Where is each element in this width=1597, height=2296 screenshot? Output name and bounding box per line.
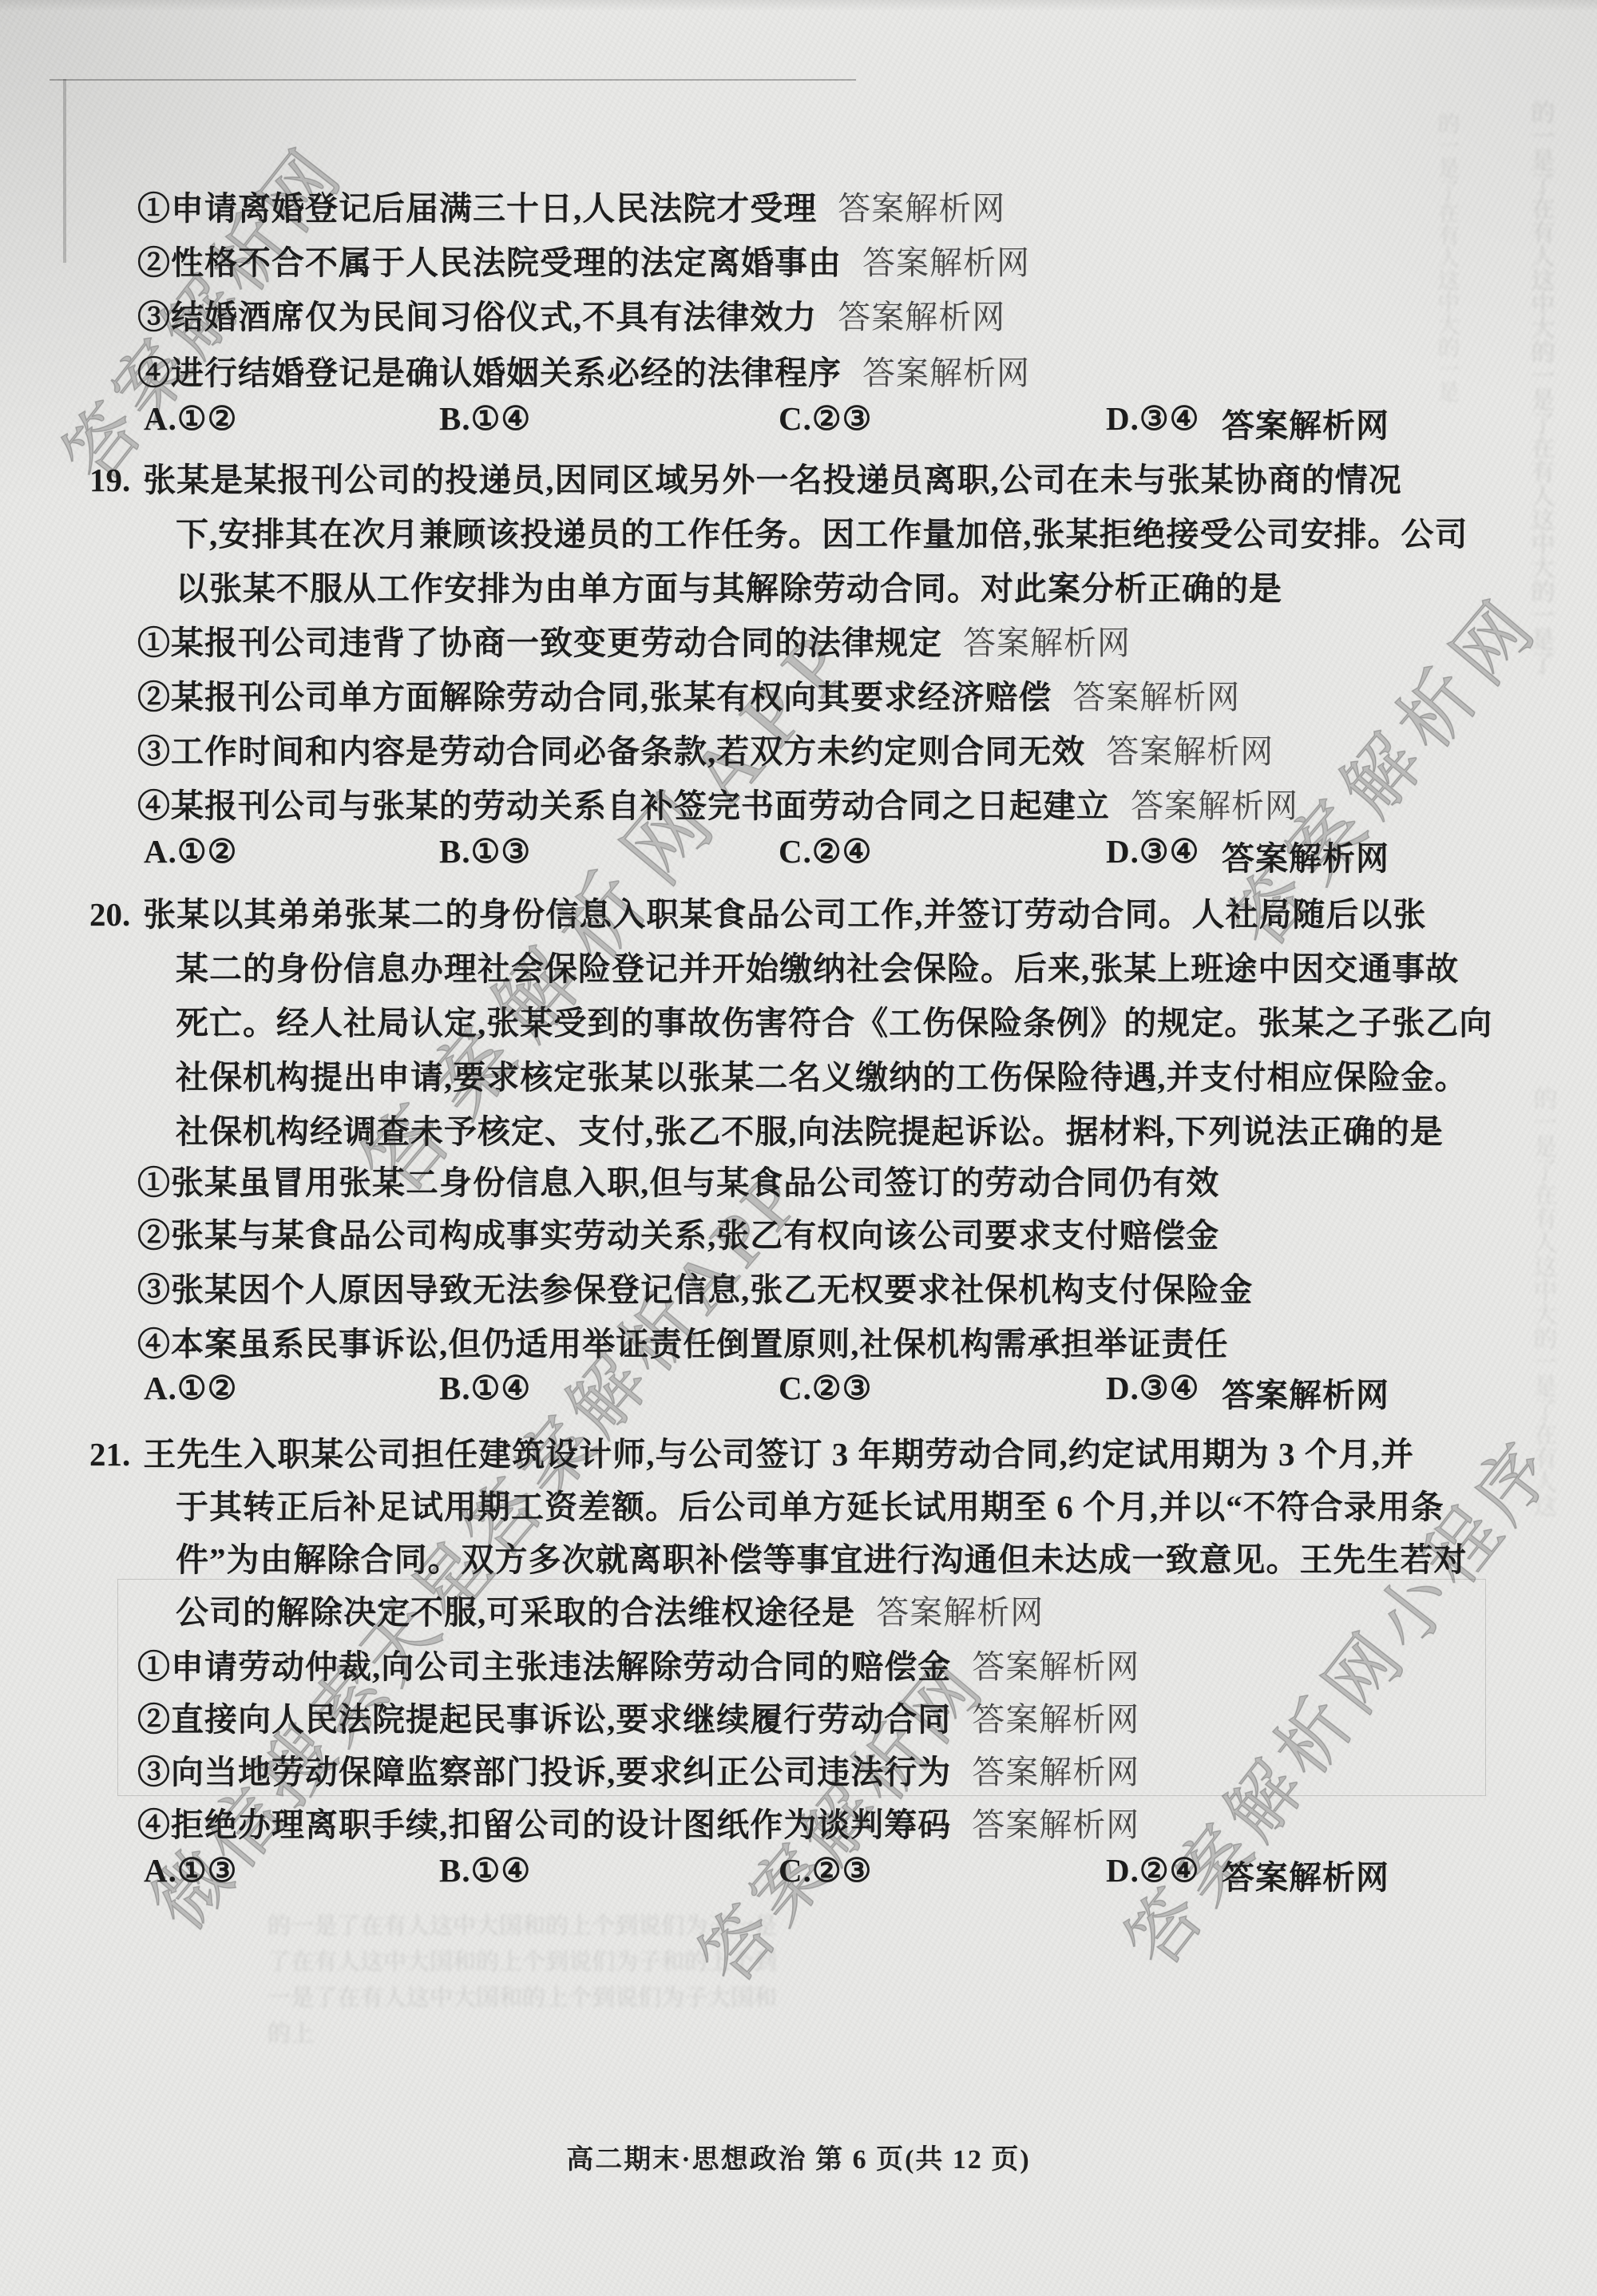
- q21-stem-line-1: 21.王先生入职某公司担任建筑设计师,与公司签订 3 年期劳动合同,约定试用期为…: [89, 1428, 1414, 1475]
- q21-option-1: ①申请劳动仲裁,向公司主张违法解除劳动合同的赔偿金答案解析网: [137, 1640, 1139, 1687]
- stem-text: 张某是某报刊公司的投递员,因同区域另外一名投递员离职,公司在未与张某协商的情况: [143, 462, 1402, 498]
- q21-stem-line-3: 件”为由解除合同。双方多次就离职补偿等事宜进行沟通但未达成一致意见。王先生若对: [176, 1533, 1468, 1580]
- question-number: 21.: [89, 1436, 130, 1473]
- answer-choice-a: A.①③: [144, 1851, 237, 1890]
- answer-choice-c: C.②③: [779, 1851, 872, 1890]
- answer-choice-d: D.②④: [1106, 1851, 1199, 1890]
- q21-option-4: ④拒绝办理离职手续,扣留公司的设计图纸作为谈判筹码答案解析网: [137, 1798, 1139, 1846]
- answer-choice-c: C.②④: [779, 832, 872, 870]
- option-text: ④进行结婚登记是确认婚姻关系必经的法律程序: [137, 355, 842, 391]
- answer-site-suffix: 答案解析网: [963, 625, 1131, 661]
- q20-stem-line-3: 死亡。经人社局认定,张某受到的事故伤害符合《工伤保险条例》的规定。张某之子张乙向: [176, 997, 1492, 1044]
- option-text: ③结婚酒席仅为民间习俗仪式,不具有法律效力: [137, 299, 817, 335]
- q21-stem-line-4: 公司的解除决定不服,可采取的合法维权途径是答案解析网: [176, 1586, 1044, 1633]
- q20-option-3: ③张某因个人原因导致无法参保登记信息,张乙无权要求社保机构支付保险金: [137, 1263, 1253, 1311]
- answer-site-suffix: 答案解析网: [862, 244, 1030, 281]
- question-number: 19.: [89, 462, 130, 498]
- q18-answer-row: A.①② B.①④ C.②③ D.③④ 答案解析网: [144, 399, 1597, 447]
- answer-site-suffix: 答案解析网: [876, 1594, 1044, 1631]
- q20-option-1: ①张某虽冒用张某二身份信息入职,但与某食品公司签订的劳动合同仍有效: [137, 1156, 1219, 1204]
- option-text: ①某报刊公司违背了协商一致变更劳动合同的法律规定: [137, 625, 942, 661]
- option-text: ①申请离婚登记后届满三十日,人民法院才受理: [137, 190, 817, 227]
- answer-site-suffix: 答案解析网: [972, 1701, 1139, 1738]
- answer-site-suffix: 答案解析网: [1072, 679, 1240, 716]
- q20-option-2: ②张某与某食品公司构成事实劳动关系,张乙有权向该公司要求支付赔偿金: [137, 1209, 1219, 1256]
- stem-text: 公司的解除决定不服,可采取的合法维权途径是: [176, 1594, 855, 1631]
- q19-option-3: ③工作时间和内容是劳动合同必备条款,若双方未约定则合同无效答案解析网: [137, 725, 1274, 772]
- answer-choice-d: D.③④: [1106, 1369, 1199, 1407]
- answer-site-suffix: 答案解析网: [1106, 733, 1274, 770]
- answer-site-suffix: 答案解析网: [972, 1806, 1139, 1843]
- answer-site-suffix: 答案解析网: [838, 299, 1005, 335]
- answer-choice-b: B.①④: [439, 1851, 531, 1890]
- answer-choice-d: D.③④: [1106, 832, 1199, 870]
- option-text: ④拒绝办理离职手续,扣留公司的设计图纸作为谈判筹码: [137, 1806, 951, 1843]
- answer-choice-c: C.②③: [779, 399, 872, 438]
- q19-answer-row: A.①② B.①③ C.②④ D.③④ 答案解析网: [144, 832, 1597, 880]
- q20-answer-row: A.①② B.①④ C.②③ D.③④ 答案解析网: [144, 1369, 1597, 1417]
- answer-site-suffix: 答案解析网: [1222, 399, 1389, 446]
- answer-site-suffix: 答案解析网: [862, 355, 1030, 391]
- q18-option-2: ②性格不合不属于人民法院受理的法定离婚事由答案解析网: [137, 236, 1030, 284]
- question-number: 20.: [89, 896, 130, 933]
- q21-stem-line-2: 于其转正后补足试用期工资差额。后公司单方延长试用期至 6 个月,并以“不符合录用…: [176, 1481, 1444, 1528]
- q21-answer-row: A.①③ B.①④ C.②③ D.②④ 答案解析网: [144, 1851, 1597, 1899]
- q20-stem-line-1: 20.张某以其弟弟张某二的身份信息入职某食品公司工作,并签订劳动合同。人社局随后…: [89, 888, 1427, 935]
- q18-option-3: ③结婚酒席仅为民间习俗仪式,不具有法律效力答案解析网: [137, 291, 1005, 338]
- answer-choice-d: D.③④: [1106, 399, 1199, 438]
- q20-option-4: ④本案虽系民事诉讼,但仍适用举证责任倒置原则,社保机构需承担举证责任: [137, 1318, 1229, 1365]
- answer-choice-a: A.①②: [144, 1369, 237, 1407]
- q21-option-2: ②直接向人民法院提起民事诉讼,要求继续履行劳动合同答案解析网: [137, 1693, 1139, 1740]
- option-text: ①申请劳动仲裁,向公司主张违法解除劳动合同的赔偿金: [137, 1648, 951, 1685]
- answer-choice-b: B.①③: [439, 832, 531, 870]
- answer-choice-b: B.①④: [439, 399, 531, 438]
- bleed-through-text: 的一是了在有人这中大的一是了在有人这: [1524, 1086, 1561, 1789]
- q19-option-4: ④某报刊公司与张某的劳动关系自补签完书面劳动合同之日起建立答案解析网: [137, 779, 1298, 827]
- q19-option-1: ①某报刊公司违背了协商一致变更劳动合同的法律规定答案解析网: [137, 617, 1131, 664]
- option-text: ②直接向人民法院提起民事诉讼,要求继续履行劳动合同: [137, 1701, 951, 1738]
- q21-option-3: ③向当地劳动保障监察部门投诉,要求纠正公司违法行为答案解析网: [137, 1746, 1139, 1793]
- answer-choice-b: B.①④: [439, 1369, 531, 1407]
- option-text: ②某报刊公司单方面解除劳动合同,张某有权向其要求经济赔偿: [137, 679, 1052, 716]
- option-text: ④某报刊公司与张某的劳动关系自补签完书面劳动合同之日起建立: [137, 787, 1110, 824]
- answer-site-suffix: 答案解析网: [838, 190, 1005, 227]
- q19-stem-line-2: 下,安排其在次月兼顾该投递员的工作任务。因工作量加倍,张某拒绝接受公司安排。公司: [176, 508, 1468, 555]
- option-text: ③向当地劳动保障监察部门投诉,要求纠正公司违法行为: [137, 1754, 951, 1790]
- q19-option-2: ②某报刊公司单方面解除劳动合同,张某有权向其要求经济赔偿答案解析网: [137, 671, 1240, 718]
- q18-option-4: ④进行结婚登记是确认婚姻关系必经的法律程序答案解析网: [137, 347, 1030, 394]
- q20-stem-line-4: 社保机构提出申请,要求核定张某以张某二名义缴纳的工伤保险待遇,并支付相应保险金。: [176, 1051, 1468, 1098]
- scan-crease-vertical: [63, 79, 66, 263]
- option-text: ③工作时间和内容是劳动合同必备条款,若双方未约定则合同无效: [137, 733, 1085, 770]
- bleed-through-text: 的一是了在有人这中大国和的上个到说们为子一是了在有人这中大国和的上个到说们为子和…: [267, 1909, 795, 2052]
- q20-stem-line-2: 某二的身份信息办理社会保险登记并开始缴纳社会保险。后来,张某上班途中因交通事故: [176, 942, 1459, 989]
- q20-stem-line-5: 社保机构经调查未予核定、支付,张乙不服,向法院提起诉讼。据材料,下列说法正确的是: [176, 1105, 1444, 1152]
- answer-site-suffix: 答案解析网: [1222, 832, 1389, 879]
- answer-site-suffix: 答案解析网: [972, 1754, 1139, 1790]
- stem-text: 王先生入职某公司担任建筑设计师,与公司签订 3 年期劳动合同,约定试用期为 3 …: [143, 1436, 1414, 1473]
- answer-site-suffix: 答案解析网: [972, 1648, 1139, 1685]
- answer-site-suffix: 答案解析网: [1131, 787, 1298, 824]
- option-text: ②性格不合不属于人民法院受理的法定离婚事由: [137, 244, 842, 281]
- page-footer: 高二期末·思想政治 第 6 页(共 12 页): [0, 2137, 1597, 2176]
- q19-stem-line-3: 以张某不服从工作安排为由单方面与其解除劳动合同。对此案分析正确的是: [176, 562, 1282, 609]
- answer-site-suffix: 答案解析网: [1222, 1369, 1389, 1416]
- scan-crease-horizontal: [50, 79, 856, 81]
- bleed-through-text: 的一是了在有人这中大的一是了在有人这中大的一是了: [1521, 100, 1559, 859]
- answer-choice-a: A.①②: [144, 832, 237, 870]
- answer-choice-a: A.①②: [144, 399, 237, 438]
- q19-stem-line-1: 19.张某是某报刊公司的投递员,因同区域另外一名投递员离职,公司在未与张某协商的…: [89, 454, 1402, 501]
- stem-text: 张某以其弟弟张某二的身份信息入职某食品公司工作,并签订劳动合同。人社局随后以张: [143, 896, 1426, 933]
- answer-choice-c: C.②③: [779, 1369, 872, 1407]
- answer-site-suffix: 答案解析网: [1222, 1851, 1389, 1898]
- q18-option-1: ①申请离婚登记后届满三十日,人民法院才受理答案解析网: [137, 182, 1005, 229]
